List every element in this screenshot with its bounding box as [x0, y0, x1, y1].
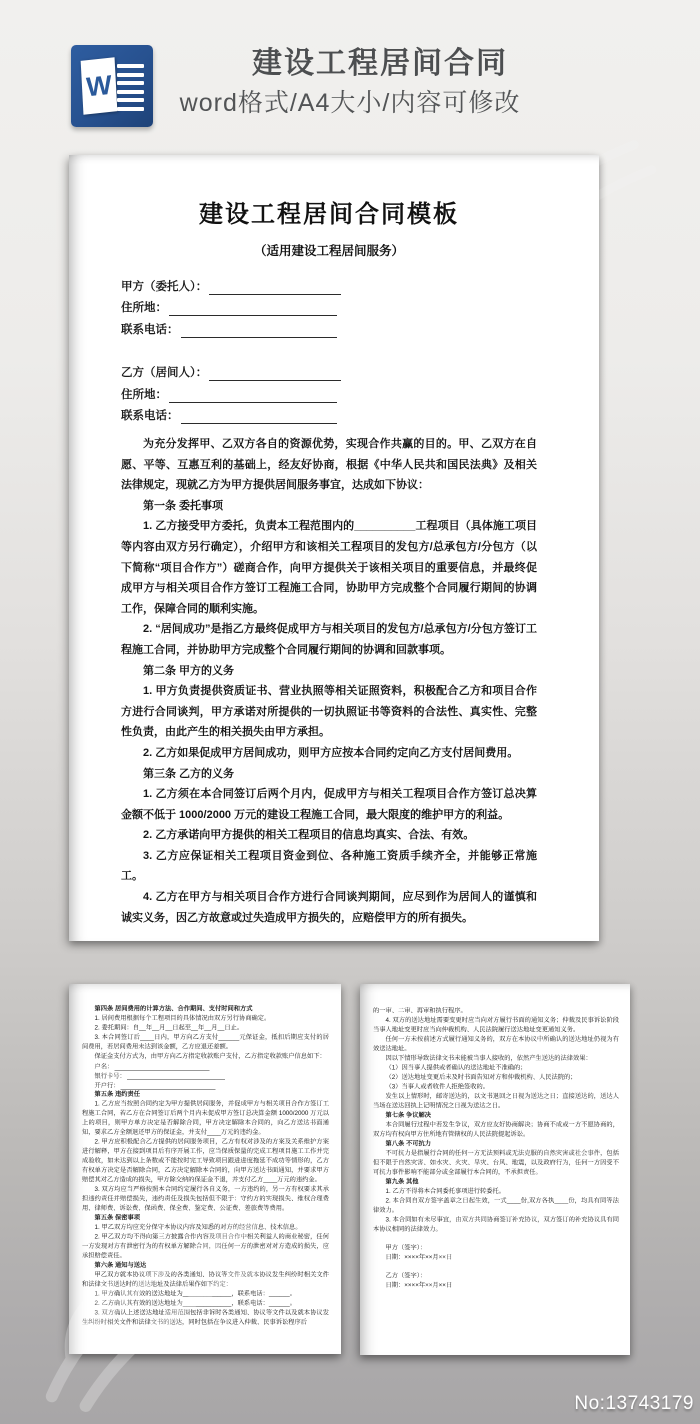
field-row: 住所地：: [121, 381, 537, 403]
paragraph: 2. 乙方承诺向甲方提供的相关工程项目的信息均真实、合法、有效。: [121, 825, 537, 846]
document-page-3: 的一审、二审、再审和执行程序。4. 双方的送达地址需要变更时应当向对方履行书面的…: [360, 984, 630, 1355]
spacer: [121, 338, 537, 360]
blank-underline: [209, 280, 341, 295]
paragraph: 甲方（签字）：: [373, 1243, 619, 1253]
paragraph: （1）因当事人提供或者确认的送达地址不准确的；: [373, 1063, 619, 1073]
paragraph: 3. 乙方应保证相关工程项目资金到位、各种施工资质手续齐全，并能够正常施工。: [121, 846, 537, 887]
paragraph: 1. 甲方负责提供资质证书、营业执照等相关证照资料，积极配合乙方和项目合作方进行…: [121, 681, 537, 743]
document-page-1: 建设工程居间合同模板 （适用建设工程居间服务） 甲方（委托人）：住所地：联系电话…: [69, 155, 599, 941]
field-row: 户名：: [82, 1061, 329, 1071]
paragraph: 1. 甲乙双方均应充分保守本协议内容及知悉的对方的经营信息、技术信息。: [82, 1223, 329, 1233]
field-label: 开户行：: [82, 1082, 120, 1090]
paragraph: 任何一方未按前述方式履行通知义务的，双方在本协议中所确认的送达地址仍视为有效送达…: [373, 1035, 619, 1054]
paragraph: 1. 乙方不得将本合同委托事项进行转委托。: [373, 1187, 619, 1197]
paragraph: 1. 居间费用根据每个工程项目的具体情况由双方另行协商确定。: [82, 1014, 329, 1024]
paragraph: 乙方（签字）：: [373, 1271, 619, 1281]
paragraph: 3. 本合同如有未尽事宜，由双方共同协商签订补充协议，双方签订的补充协议具有同本…: [373, 1215, 619, 1234]
section-heading: 第五条 保密事项: [82, 1213, 329, 1223]
paragraph: 4. 双方的送达地址需要变更时应当向对方履行书面的通知义务；仲裁及民事诉讼阶段当…: [373, 1016, 619, 1035]
field-label: 户名：: [82, 1063, 113, 1071]
paragraph: 日期：××××年××月××日: [373, 1253, 619, 1263]
paragraph: 1. 乙方须在本合同签订后两个月内，促成甲方与相关工程项目合作方签订总决算金额不…: [121, 784, 537, 825]
blank-underline: [181, 409, 337, 424]
paragraph: （3）当事人或者收件人拒绝签收的。: [373, 1082, 619, 1092]
section-heading: 第七条 争议解决: [373, 1111, 619, 1121]
field-row: 开户行：: [82, 1080, 329, 1090]
field-row: 乙方（居间人）：: [121, 360, 537, 382]
paragraph: 日期：××××年××月××日: [373, 1281, 619, 1291]
field-label: 乙方（居间人）：: [121, 366, 207, 381]
blank-underline: [127, 1072, 225, 1080]
paragraph: 2. 甲方应积极配合乙方提供的居间服务项目，乙方有权对涉及的方案及关系维护方案进…: [82, 1137, 329, 1185]
paragraph: 因以下情形导致法律文书未能被当事人接收的，依然产生送达的法律效果：: [373, 1054, 619, 1064]
paragraph: 2. 委托期间：自__年__月__日起至__年__月__日止。: [82, 1023, 329, 1033]
field-label: 联系电话：: [121, 323, 179, 338]
section-heading: 第五条 违约责任: [82, 1090, 329, 1100]
section-heading: 第六条 通知与送达: [82, 1261, 329, 1271]
stock-number-watermark: No:13743179: [574, 1393, 694, 1415]
field-row: 住所地：: [121, 295, 537, 317]
paragraph: 1. 乙方接受甲方委托，负责本工程范围内的__________工程项目（具体施工…: [121, 516, 537, 619]
paragraph: 本合同履行过程中若发生争议，双方应友好协商解决；协商不成或一方不愿协商的，双方均…: [373, 1120, 619, 1139]
field-row: 甲方（委托人）：: [121, 273, 537, 295]
paragraph: 3. 本合同签订后____日内，甲方向乙方支付______元保证金，抵扣后期应支…: [82, 1033, 329, 1052]
field-label: 银行卡号：: [82, 1072, 126, 1080]
paragraph: （2）送达地址变更后未及时书面告知对方和仲裁机构、人民法院的；: [373, 1073, 619, 1083]
paragraph: 的一审、二审、再审和执行程序。: [373, 1006, 619, 1016]
party-fields: 甲方（委托人）：住所地：联系电话：乙方（居间人）：住所地：联系电话：: [121, 273, 537, 424]
contract-body: 为充分发挥甲、乙双方各自的资源优势，实现合作共赢的目的。甲、乙双方在自愿、平等、…: [121, 434, 537, 928]
paragraph: 甲乙双方就本协议项下涉及的各类通知、协议等文件及就本协议发生纠纷时相关文件和法律…: [82, 1270, 329, 1289]
field-label: 联系电话：: [121, 409, 179, 424]
field-label: 住所地：: [121, 301, 167, 316]
blank-underline: [169, 388, 337, 403]
field-row: 银行卡号：: [82, 1071, 329, 1081]
paragraph: 发生以上情形时，邮寄送达的，以文书退回之日视为送达之日；直接送达的，送达人当场在…: [373, 1092, 619, 1111]
paragraph: 3. 双方均应当严格按照本合同约定履行各自义务，一方违约的，另一方有权要求其承担…: [82, 1185, 329, 1214]
paragraph: 2. “居间成功”是指乙方最终促成甲方与相关项目的发包方/总承包方/分包方签订工…: [121, 619, 537, 660]
listing-title: 建设工程居间合同: [120, 38, 640, 82]
paragraph: 2. 甲乙双方均不得向第三方披露合作内容及项目合作中相关利益人的商业秘密，任何一…: [82, 1232, 329, 1261]
field-row: 联系电话：: [121, 316, 537, 338]
section-heading: 第四条 居间费用的计算方法、合作期间、支付时间和方式: [82, 1004, 329, 1014]
spacer: [373, 1262, 619, 1271]
paragraph: 1. 甲方确认其有效的送达地址为______________，联系电话：____…: [82, 1289, 329, 1299]
section-heading: 第三条 乙方的义务: [121, 764, 537, 785]
section-heading: 第一条 委托事项: [121, 496, 537, 517]
field-row: 联系电话：: [121, 403, 537, 425]
spacer: [373, 1234, 619, 1243]
header-banner: W 建设工程居间合同 word格式/A4大小/内容可修改: [0, 0, 700, 140]
paragraph: 保证金支付方式为，由甲方向乙方指定收款账户支付，乙方指定收款账户信息如下：: [82, 1052, 329, 1062]
section-heading: 第九条 其他: [373, 1177, 619, 1187]
page-2-content: 第四条 居间费用的计算方法、合作期间、支付时间和方式1. 居间费用根据每个工程项…: [69, 984, 329, 1327]
paragraph: 1. 乙方应当按照合同约定为甲方提供居间服务，并促成甲方与相关项目合作方签订工程…: [82, 1099, 329, 1137]
paragraph: 2. 乙方如果促成甲方居间成功，则甲方应按本合同约定向乙方支付居间费用。: [121, 743, 537, 764]
section-heading: 第八条 不可抗力: [373, 1139, 619, 1149]
contract-title: 建设工程居间合同模板: [121, 199, 537, 231]
blank-underline: [169, 301, 337, 316]
blank-underline: [114, 1063, 209, 1071]
page-1-content: 建设工程居间合同模板 （适用建设工程居间服务） 甲方（委托人）：住所地：联系电话…: [69, 155, 599, 928]
blank-underline: [181, 323, 337, 338]
page-3-content: 的一审、二审、再审和执行程序。4. 双方的送达地址需要变更时应当向对方履行书面的…: [360, 984, 619, 1290]
contract-subtitle: （适用建设工程居间服务）: [121, 241, 537, 259]
paragraph: 不可抗力是指履行合同的任何一方无法预料或无法克服的自然灾害或社会事件，包括但不限…: [373, 1149, 619, 1178]
blank-underline: [209, 366, 341, 381]
paragraph: 4. 乙方在甲方与相关项目合作方进行合同谈判期间，应尽到作为居间人的谨慎和诚实义…: [121, 887, 537, 928]
blank-underline: [121, 1082, 216, 1090]
paragraph: 3. 双方确认上述送达地址适用范围包括非诉时各类通知、协议等文件以及就本协议发生…: [82, 1308, 329, 1327]
paragraph: 2. 乙方确认其有效的送达地址为______________，联系电话：____…: [82, 1299, 329, 1309]
paragraph: 2. 本合同自双方签字盖章之日起生效，一式____份,双方各执____份，均具有…: [373, 1196, 619, 1215]
document-page-2: 第四条 居间费用的计算方法、合作期间、支付时间和方式1. 居间费用根据每个工程项…: [69, 984, 341, 1354]
field-label: 住所地：: [121, 388, 167, 403]
section-heading: 第二条 甲方的义务: [121, 661, 537, 682]
field-label: 甲方（委托人）：: [121, 280, 207, 295]
paragraph: 为充分发挥甲、乙双方各自的资源优势，实现合作共赢的目的。甲、乙双方在自愿、平等、…: [121, 434, 537, 496]
listing-subtitle: word格式/A4大小/内容可修改: [80, 83, 620, 119]
